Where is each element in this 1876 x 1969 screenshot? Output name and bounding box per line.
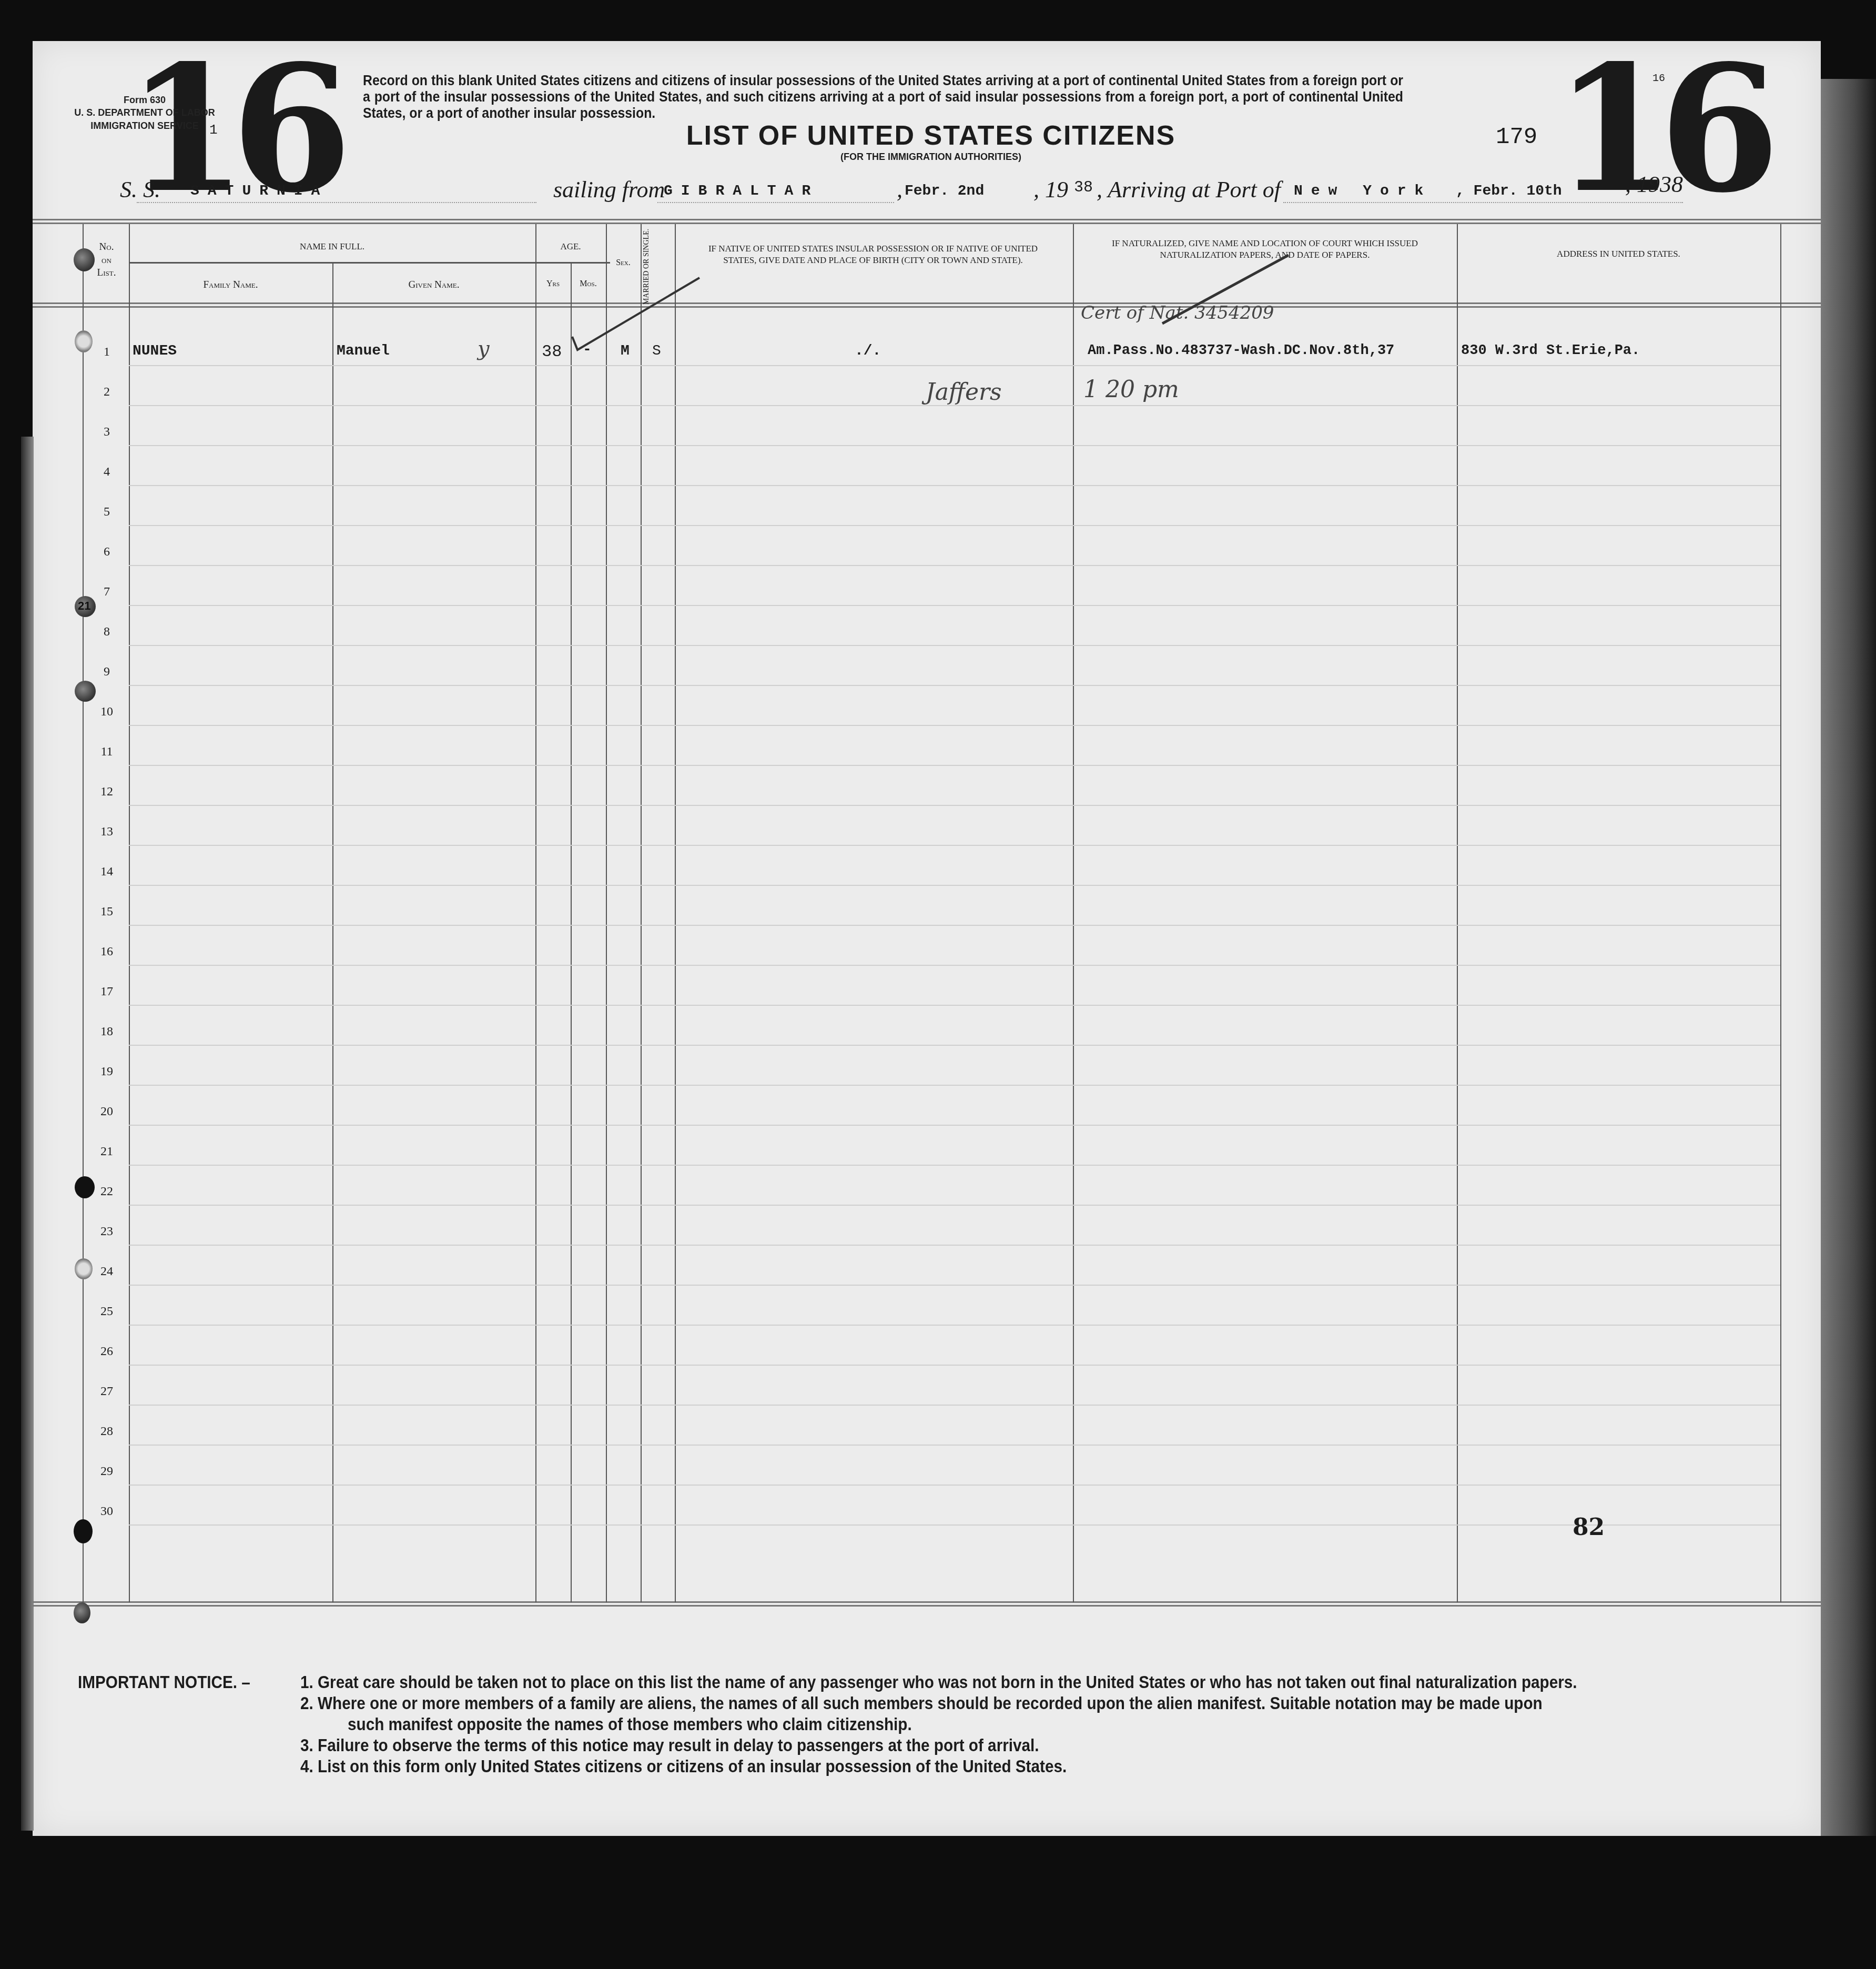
- manifest-sheet: [33, 41, 1821, 1836]
- binding-edge: [21, 437, 34, 1831]
- header-yrs: Yrs: [535, 279, 571, 290]
- col-rule-address: [1780, 224, 1781, 1602]
- depart-year: 38: [1074, 179, 1093, 197]
- naturalized-cell: Am.Pass.No.483737-Wash.DC.Nov.8th,37: [1088, 343, 1394, 359]
- row-number: 12: [91, 785, 123, 799]
- notice-heading: IMPORTANT NOTICE. –: [78, 1672, 250, 1693]
- col-rule-birth: [1073, 224, 1074, 1602]
- arrive-year: , 1938: [1625, 171, 1683, 198]
- row-number: 18: [91, 1025, 123, 1039]
- row-number: 1: [91, 345, 123, 359]
- row-number: 27: [91, 1385, 123, 1399]
- port-from: GIBRALTAR: [664, 183, 819, 199]
- handwritten-time: 1 20 pm: [1083, 376, 1179, 403]
- header-family-name: Family Name.: [129, 279, 332, 292]
- header-sex: Sex.: [606, 258, 641, 269]
- check-mark-icon: [568, 274, 705, 352]
- punch-hole-icon: [74, 1602, 90, 1623]
- col-rule-given: [535, 224, 536, 1602]
- row-number: 9: [91, 665, 123, 679]
- row-number: 3: [91, 425, 123, 439]
- header-age: AGE.: [535, 241, 606, 253]
- port-to: New York: [1294, 183, 1432, 199]
- notice-item: 4. List on this form only United States …: [300, 1756, 1749, 1777]
- row-number: 5: [91, 505, 123, 519]
- notice-item: 1. Great care should be taken not to pla…: [300, 1672, 1749, 1693]
- serial-number: 179: [1496, 124, 1537, 150]
- row-number: 13: [91, 825, 123, 839]
- punch-hole-icon: 21: [75, 596, 96, 617]
- form-number: Form 630: [71, 94, 218, 106]
- col-rule-yrs: [571, 263, 572, 1602]
- row-number: 24: [91, 1265, 123, 1279]
- row-number: 10: [91, 705, 123, 719]
- row-number: 25: [91, 1305, 123, 1319]
- col-rule-mos: [606, 224, 607, 1602]
- punch-hole-icon: [75, 1176, 95, 1198]
- header-bottom-rule: [33, 302, 1821, 308]
- address-cell: 830 W.3rd St.Erie,Pa.: [1461, 343, 1640, 359]
- row-number: 26: [91, 1345, 123, 1359]
- row-number: 7: [91, 585, 123, 599]
- header-name-in-full: NAME IN FULL.: [129, 241, 535, 253]
- header-birth: IF NATIVE OF UNITED STATES INSULAR POSSE…: [694, 243, 1052, 266]
- header-address: ADDRESS IN UNITED STATES.: [1457, 248, 1780, 260]
- form-label: Form 630 U. S. DEPARTMENT OF LABOR IMMIG…: [71, 94, 218, 132]
- birth-cell: ./.: [855, 343, 881, 359]
- page-edge-shadow: [1821, 79, 1876, 1836]
- row-number: 2: [91, 385, 123, 399]
- right-sheet-mark: 16: [1652, 73, 1665, 85]
- handwritten-initials: Jaffers: [926, 379, 1002, 406]
- row-number: 22: [91, 1185, 123, 1199]
- ship-name: SATURNIA: [190, 183, 328, 199]
- punch-hole-icon: [75, 330, 93, 352]
- name-subheader-rule: [129, 262, 610, 264]
- row-number: 6: [91, 545, 123, 559]
- page-number: 82: [1573, 1514, 1605, 1541]
- age-yrs-cell: 38: [542, 342, 562, 361]
- row-number: 16: [91, 945, 123, 959]
- intro-text: Record on this blank United States citiz…: [363, 73, 1403, 122]
- punch-hole-icon: [74, 248, 95, 271]
- page-title: LIST OF UNITED STATES CITIZENS: [642, 120, 1220, 152]
- row-number: 21: [91, 1145, 123, 1159]
- port-from-dotline: [657, 202, 894, 203]
- row-number: 23: [91, 1225, 123, 1239]
- given-name-cell: Manuel: [337, 343, 390, 359]
- row-number: 11: [91, 745, 123, 759]
- service-name: IMMIGRATION SERVICE: [71, 119, 218, 132]
- family-name-cell: NUNES: [133, 343, 177, 359]
- row-number: 4: [91, 465, 123, 479]
- col-rule-sex: [641, 224, 642, 1602]
- row-number: 8: [91, 625, 123, 639]
- punch-hole-icon: [74, 1519, 93, 1543]
- arrive-dotline: [1283, 202, 1683, 203]
- punch-hole-icon: [75, 681, 96, 702]
- arriving-label: , Arriving at Port of: [1097, 176, 1281, 203]
- notice-item: 2. Where one or more members of a family…: [300, 1693, 1749, 1714]
- col-rule-family: [332, 263, 333, 1602]
- row-number: 28: [91, 1425, 123, 1439]
- row-number: 15: [91, 905, 123, 919]
- hole-label: 21: [78, 599, 90, 613]
- row-number: 14: [91, 865, 123, 879]
- department-name: U. S. DEPARTMENT OF LABOR: [71, 106, 218, 119]
- left-sheet-mark: 1: [209, 122, 218, 138]
- notice-item: 3. Failure to observe the terms of this …: [300, 1735, 1749, 1756]
- table-bottom-rule: [33, 1601, 1821, 1607]
- row-number: 20: [91, 1105, 123, 1119]
- given-name-mark: y: [478, 337, 490, 361]
- header-given-name: Given Name.: [332, 279, 535, 292]
- row-number: 29: [91, 1465, 123, 1479]
- sailing-from-label: sailing from: [553, 176, 665, 203]
- year-prefix: , 19: [1033, 176, 1068, 203]
- slash-mark-icon: [1157, 253, 1294, 326]
- separator: ,: [897, 176, 902, 203]
- col-rule-no: [129, 224, 130, 1602]
- col-rule-marital: [675, 224, 676, 1602]
- punch-hole-icon: [75, 1258, 93, 1279]
- row-number: 17: [91, 985, 123, 999]
- row-number: 19: [91, 1065, 123, 1079]
- arrive-date: , Febr. 10th: [1456, 183, 1562, 199]
- row-number: 30: [91, 1504, 123, 1519]
- col-rule-nat: [1457, 224, 1458, 1602]
- depart-date: Febr. 2nd: [905, 183, 984, 199]
- notice-item-continuation: such manifest opposite the names of thos…: [300, 1714, 1749, 1735]
- page-subtitle: (FOR THE IMMIGRATION AUTHORITIES): [642, 152, 1220, 163]
- header-list: List.: [84, 267, 129, 280]
- ship-dotline: [137, 202, 536, 203]
- table-top-rule: [33, 219, 1821, 224]
- ss-label: S. S.: [120, 176, 160, 203]
- notice-items: 1. Great care should be taken not to pla…: [300, 1672, 1749, 1777]
- col-rule-margin: [83, 224, 84, 1602]
